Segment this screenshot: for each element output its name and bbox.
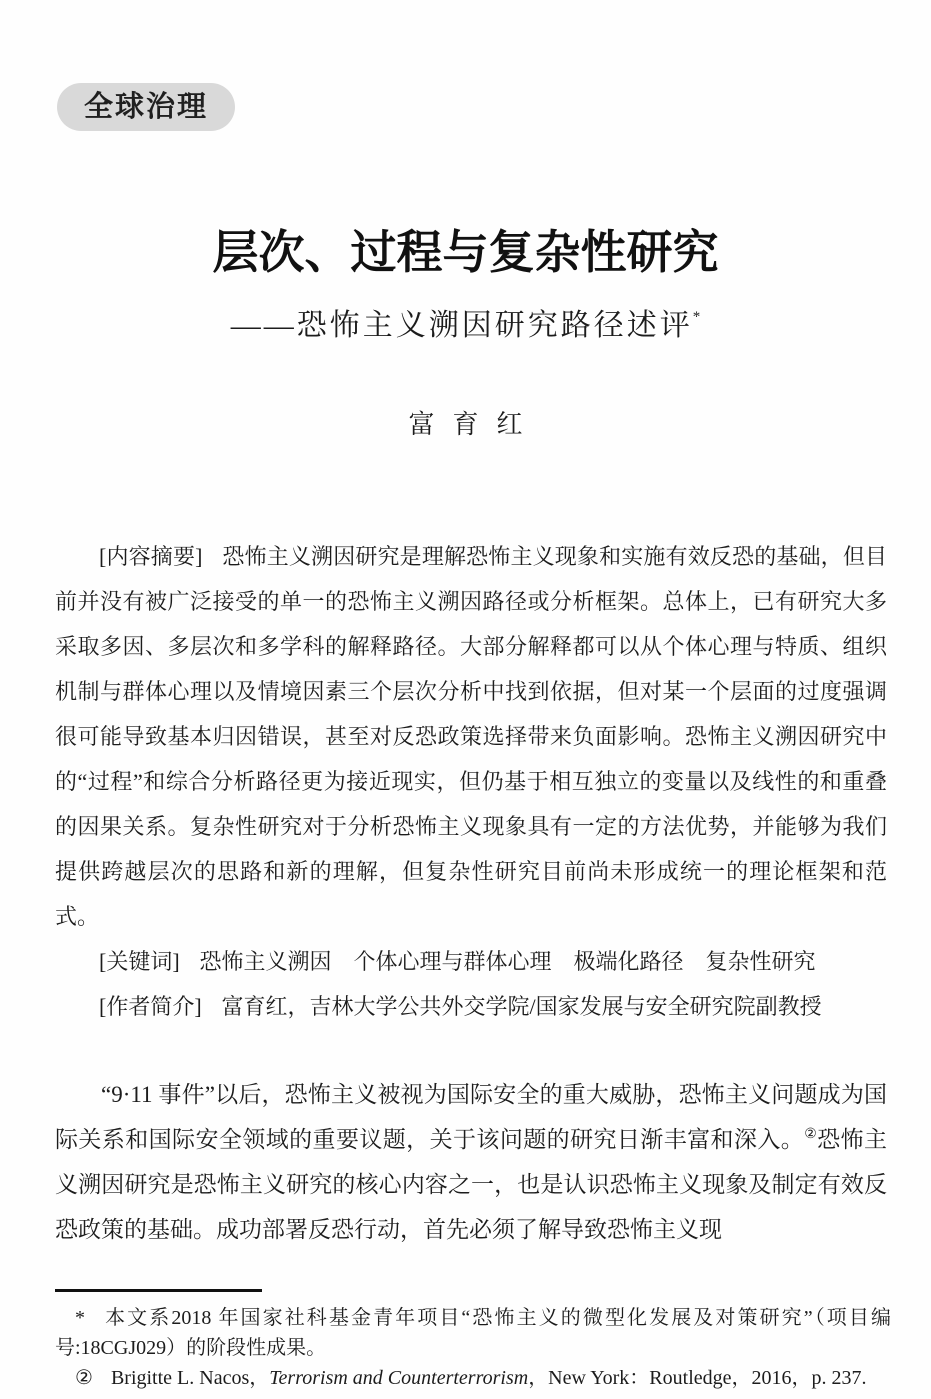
body-paragraph: “9·11 事件”以后，恐怖主义被视为国际安全的重大威胁，恐怖主义问题成为国际关… [55, 1072, 887, 1252]
footnote-2-text-before: Brigitte L. Nacos， [111, 1367, 269, 1389]
section-badge: 全球治理 [57, 83, 235, 131]
footnote-star: *本文系2018 年国家社科基金青年项目“恐怖主义的微型化发展及对策研究”（项目… [55, 1303, 891, 1363]
footnote-2-marker: ② [75, 1367, 93, 1389]
footnote-star-marker: * [75, 1307, 85, 1329]
keyword-item: 恐怖主义溯因 [199, 949, 331, 974]
body-paragraph-part1: “9·11 事件”以后，恐怖主义被视为国际安全的重大威胁，恐怖主义问题成为国际关… [55, 1082, 887, 1152]
abstract-paragraph: [内容摘要]恐怖主义溯因研究是理解恐怖主义现象和实施有效反恐的基础，但目前并没有… [55, 534, 887, 939]
body-text: “9·11 事件”以后，恐怖主义被视为国际安全的重大威胁，恐怖主义问题成为国际关… [55, 1072, 887, 1252]
keyword-item: 极端化路径 [573, 949, 683, 974]
keywords-line: [关键词]恐怖主义溯因个体心理与群体心理极端化路径复杂性研究 [55, 939, 887, 984]
author-name: 富育红 [0, 404, 931, 441]
footnote-2-text-after: ，New York：Routledge，2016，p. 237. [528, 1367, 866, 1389]
keywords-label: [关键词] [99, 949, 180, 974]
subtitle-footnote-marker: * [693, 309, 701, 325]
abstract-text: 恐怖主义溯因研究是理解恐怖主义现象和实施有效反恐的基础，但目前并没有被广泛接受的… [55, 544, 887, 929]
author-bio-text: 富育红，吉林大学公共外交学院/国家发展与安全研究院副教授 [221, 994, 821, 1019]
abstract-label: [内容摘要] [99, 544, 202, 569]
footnote-star-text: 本文系2018 年国家社科基金青年项目“恐怖主义的微型化发展及对策研究”（项目编… [55, 1307, 891, 1359]
footnote-separator [55, 1289, 262, 1292]
footnote-2: ②Brigitte L. Nacos，Terrorism and Counter… [55, 1363, 891, 1393]
footnote-reference-2: ② [804, 1127, 817, 1142]
document-page: 全球治理 层次、过程与复杂性研究 ——恐怖主义溯因研究路径述评* 富育红 [内容… [0, 0, 931, 1399]
footnotes: *本文系2018 年国家社科基金青年项目“恐怖主义的微型化发展及对策研究”（项目… [55, 1303, 891, 1393]
author-bio-label: [作者简介] [99, 994, 202, 1019]
author-bio-line: [作者简介]富育红，吉林大学公共外交学院/国家发展与安全研究院副教授 [55, 984, 887, 1029]
front-matter: [内容摘要]恐怖主义溯因研究是理解恐怖主义现象和实施有效反恐的基础，但目前并没有… [55, 534, 887, 1029]
article-subtitle: ——恐怖主义溯因研究路径述评* [0, 300, 931, 344]
footnote-2-book-title: Terrorism and Counterterrorism [269, 1367, 528, 1389]
subtitle-text: ——恐怖主义溯因研究路径述评 [231, 309, 693, 342]
article-title: 层次、过程与复杂性研究 [0, 216, 931, 282]
keyword-item: 个体心理与群体心理 [353, 949, 551, 974]
keyword-item: 复杂性研究 [706, 949, 816, 974]
